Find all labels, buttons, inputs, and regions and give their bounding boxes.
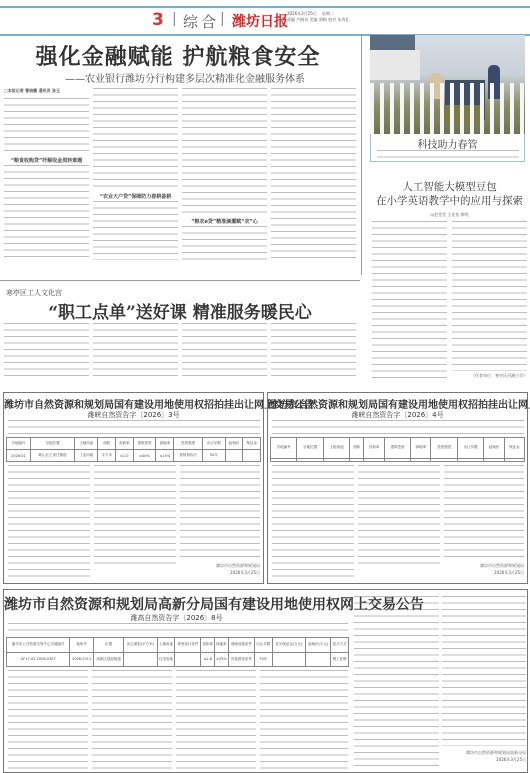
announcement-3: 潍坊市自然资源和规划局高新分局国有建设用地使用权网上交易公告 潍高自然资告字〔2… bbox=[3, 589, 528, 773]
article3-body-col1 bbox=[4, 323, 89, 381]
article2-source: （作者单位：寒亭区河滩小学） bbox=[452, 373, 527, 380]
article1-body-col3b bbox=[182, 226, 267, 260]
article1-body-col2a bbox=[93, 88, 178, 188]
article3-body-col3 bbox=[182, 323, 267, 381]
paper-logo: 潍坊日报 bbox=[232, 11, 288, 31]
article1-title: 强化金融赋能 护航粮食安全 bbox=[28, 40, 328, 71]
table-row: GF17-02-2026-03072026-2311高新区清池街道住宅用地≤2.… bbox=[7, 652, 349, 667]
page-number: 3 bbox=[152, 10, 164, 30]
article2-body-col2 bbox=[452, 221, 527, 371]
announcement-2-table: 宗地编号宗地位置土地用途面积容积率建筑密度绿地率投资强度出让年限起始价保证金 bbox=[270, 437, 525, 462]
announcement-1-number: 潍峡自然资告字〔2026〕3号 bbox=[4, 410, 263, 420]
article1-body-col3a bbox=[182, 88, 267, 213]
article2-body-col1 bbox=[372, 221, 447, 381]
section-name: 综合 bbox=[183, 11, 219, 32]
article2-byline: ◎赵莹莹 王佳怡 律明 bbox=[372, 212, 527, 219]
announcement-1-title: 潍坊市自然资源和规划局国有建设用地使用权招拍挂出让网上交易公告 bbox=[4, 396, 263, 411]
table-row: 2026-01峡山区王家庄街道工业用地平方米≤1.0≥40%≤15%按规划执行5… bbox=[7, 450, 261, 462]
announcement-2: 潍坊市自然资源和规划局国有建设用地使用权招拍挂出让网上交易公告 潍峡自然资告字〔… bbox=[267, 392, 528, 584]
announcement-2-number: 潍峡自然资告字〔2026〕4号 bbox=[268, 410, 527, 420]
article1-subtitle: ——农业银行潍坊分行构建多层次精准化金融服务体系 bbox=[40, 70, 330, 85]
article1-body-col2b bbox=[93, 201, 178, 260]
article1-body-col4 bbox=[271, 88, 356, 260]
article3-body-col2 bbox=[93, 323, 178, 381]
announcement-1: 潍坊市自然资源和规划局国有建设用地使用权招拍挂出让网上交易公告 潍峡自然资告字〔… bbox=[3, 392, 264, 584]
column-divider bbox=[361, 35, 362, 275]
news-photo bbox=[370, 35, 525, 134]
article3-body-col4 bbox=[271, 323, 356, 381]
table-row bbox=[271, 458, 525, 461]
article2-title: 人工智能大模型豆包 在小学英语教学中的应用与探索 bbox=[372, 180, 527, 208]
article1-byline: □本报记者 曹晓鹏 通讯员 张玉 bbox=[4, 88, 89, 96]
article1-subhead-3: “粮农e贷”精准滴灌赋“农”心 bbox=[182, 218, 267, 225]
article1-subhead-1: “粮食收购贷”纾解收金周转难题 bbox=[4, 157, 89, 164]
article1-subhead-2: “农业大户贷”保障防力春耕备耕 bbox=[93, 193, 178, 200]
announcement-1-table: 宗地编号宗地位置土地用途面积容积率建筑密度绿地率投资强度出让年限起始价保证金 2… bbox=[6, 437, 261, 462]
announcement-3-number: 潍高自然资告字〔2026〕8号 bbox=[4, 613, 349, 623]
article1-body-col1b bbox=[4, 165, 89, 260]
article1-body-col1a bbox=[4, 98, 89, 153]
announcement-3-table: 潍坊市公共资源交易中心宗地编号地块号位置出让面积(平方米)土地用途规划设计条件容… bbox=[6, 637, 349, 667]
photo-caption-title: 科技助力春管 bbox=[371, 136, 524, 151]
article3-kicker: 寒亭区工人文化宫 bbox=[6, 288, 62, 298]
announcement-2-title: 潍坊市自然资源和规划局国有建设用地使用权招拍挂出让网上交易公告 bbox=[268, 396, 527, 411]
photo-caption: 科技助力春管 bbox=[370, 134, 525, 162]
article3-title: “职工点单”送好课 精准服务暖民心 bbox=[0, 298, 360, 323]
page-header: 3 | 综合 | 潍坊日报 2026年3月25日 星期二 责编 卢晓音 美编 郭… bbox=[0, 6, 530, 36]
photo-caption-text bbox=[377, 150, 519, 162]
issue-meta: 2026年3月25日 星期二 责编 卢晓音 美编 郭梅 校对 朱秀礼 bbox=[287, 11, 349, 23]
announcement-3-title: 潍坊市自然资源和规划局高新分局国有建设用地使用权网上交易公告 bbox=[4, 594, 349, 614]
